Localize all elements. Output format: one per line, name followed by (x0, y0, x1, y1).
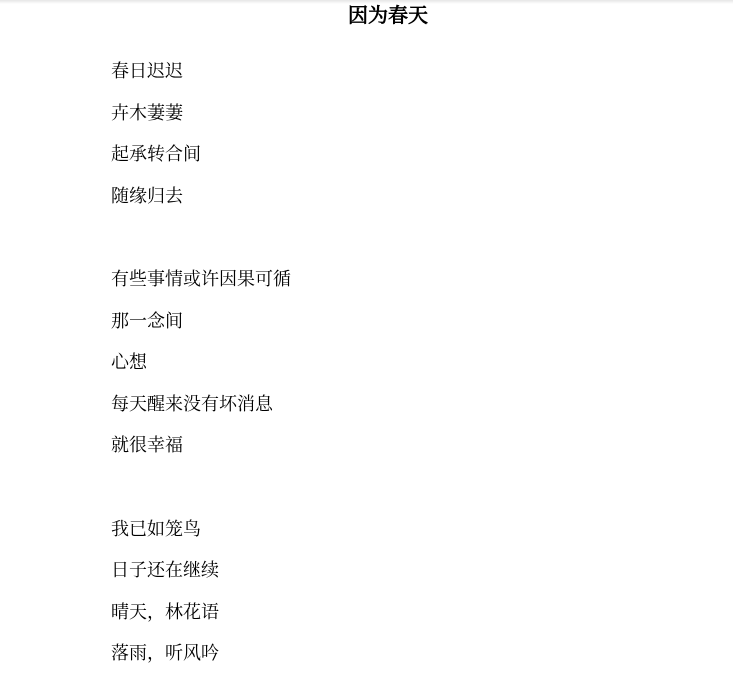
poem-line: 晴天，林花语 (111, 601, 291, 643)
poem-line: 起承转合间 (111, 143, 291, 185)
poem-line: 我已如笼鸟 (111, 518, 291, 560)
poem-line: 落雨，听风吟 (111, 642, 291, 684)
poem-line: 春日迟迟 (111, 60, 291, 102)
stanza-2: 有些事情或许因果可循 那一念间 心想 每天醒来没有坏消息 就很幸福 (111, 268, 291, 476)
stanza-separator (111, 226, 291, 268)
stanza-separator (111, 476, 291, 518)
poem-line: 日子还在继续 (111, 559, 291, 601)
poem-line: 那一念间 (111, 310, 291, 352)
stanza-3: 我已如笼鸟 日子还在继续 晴天，林花语 落雨，听风吟 (111, 518, 291, 684)
poem-line: 卉木萋萋 (111, 102, 291, 144)
poem-title: 因为春天 (0, 3, 733, 27)
poem-body: 春日迟迟 卉木萋萋 起承转合间 随缘归去 有些事情或许因果可循 那一念间 心想 … (111, 60, 291, 684)
poem-line: 随缘归去 (111, 185, 291, 227)
poem-line: 有些事情或许因果可循 (111, 268, 291, 310)
poem-line: 就很幸福 (111, 434, 291, 476)
poem-line: 每天醒来没有坏消息 (111, 393, 291, 435)
poem-line: 心想 (111, 351, 291, 393)
stanza-1: 春日迟迟 卉木萋萋 起承转合间 随缘归去 (111, 60, 291, 226)
